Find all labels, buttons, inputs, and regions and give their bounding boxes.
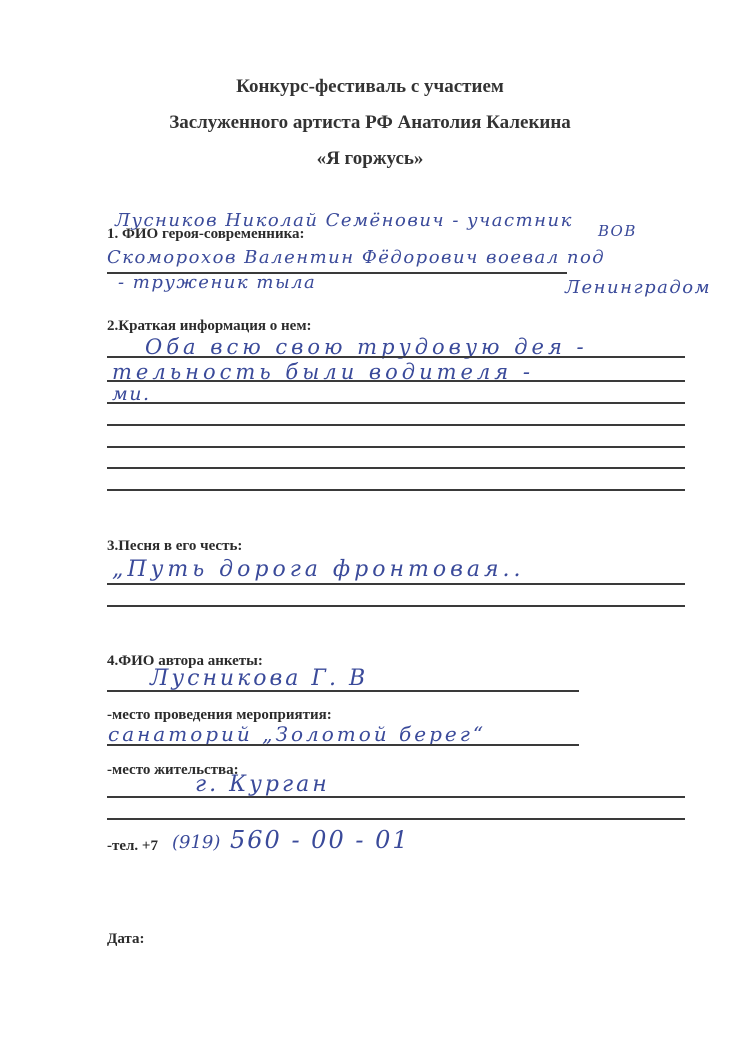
song-rule-2: [107, 605, 685, 607]
author-rule: [107, 690, 579, 692]
info-rule-5: [107, 446, 685, 448]
venue-value[interactable]: санаторий „Золотой берег“: [108, 722, 486, 746]
venue-rule: [107, 744, 579, 746]
song-label: 3.Песня в его честь:: [107, 538, 242, 555]
info-rule-6: [107, 467, 685, 469]
residence-rule-2: [107, 818, 685, 820]
hero-name-line-2[interactable]: Скоморохов Валентин Фёдорович воевал под: [107, 247, 605, 268]
date-label: Дата:: [107, 931, 144, 948]
song-rule-1: [107, 583, 685, 585]
phone-number[interactable]: 560 - 00 - 01: [230, 826, 410, 854]
hero-name-line-3[interactable]: - труженик тыла: [118, 272, 316, 293]
info-rule-4: [107, 424, 685, 426]
hero-annotation-vov: ВОВ: [598, 222, 637, 240]
info-rule-1: [107, 356, 685, 358]
hero-name-line-1[interactable]: Лусников Николай Семёнович - участник: [115, 210, 573, 231]
song-value[interactable]: „Путь дорога фронтовая..: [112, 557, 525, 582]
title-line-1: Конкурс-фестиваль с участием: [0, 76, 740, 98]
title-line-3: «Я горжусь»: [0, 148, 740, 170]
residence-rule-1: [107, 796, 685, 798]
info-label: 2.Краткая информация о нем:: [107, 318, 312, 335]
hero-annotation-city: Ленинградом: [565, 277, 711, 298]
info-rule-2: [107, 380, 685, 382]
residence-value[interactable]: г. Курган: [195, 772, 330, 797]
phone-label: -тел. +7: [107, 838, 158, 855]
info-rule-3: [107, 402, 685, 404]
author-value[interactable]: Лусникова Г. В: [150, 666, 368, 691]
phone-code[interactable]: (919): [172, 832, 220, 853]
title-line-2: Заслуженного артиста РФ Анатолия Калекин…: [0, 112, 740, 134]
info-rule-7: [107, 489, 685, 491]
